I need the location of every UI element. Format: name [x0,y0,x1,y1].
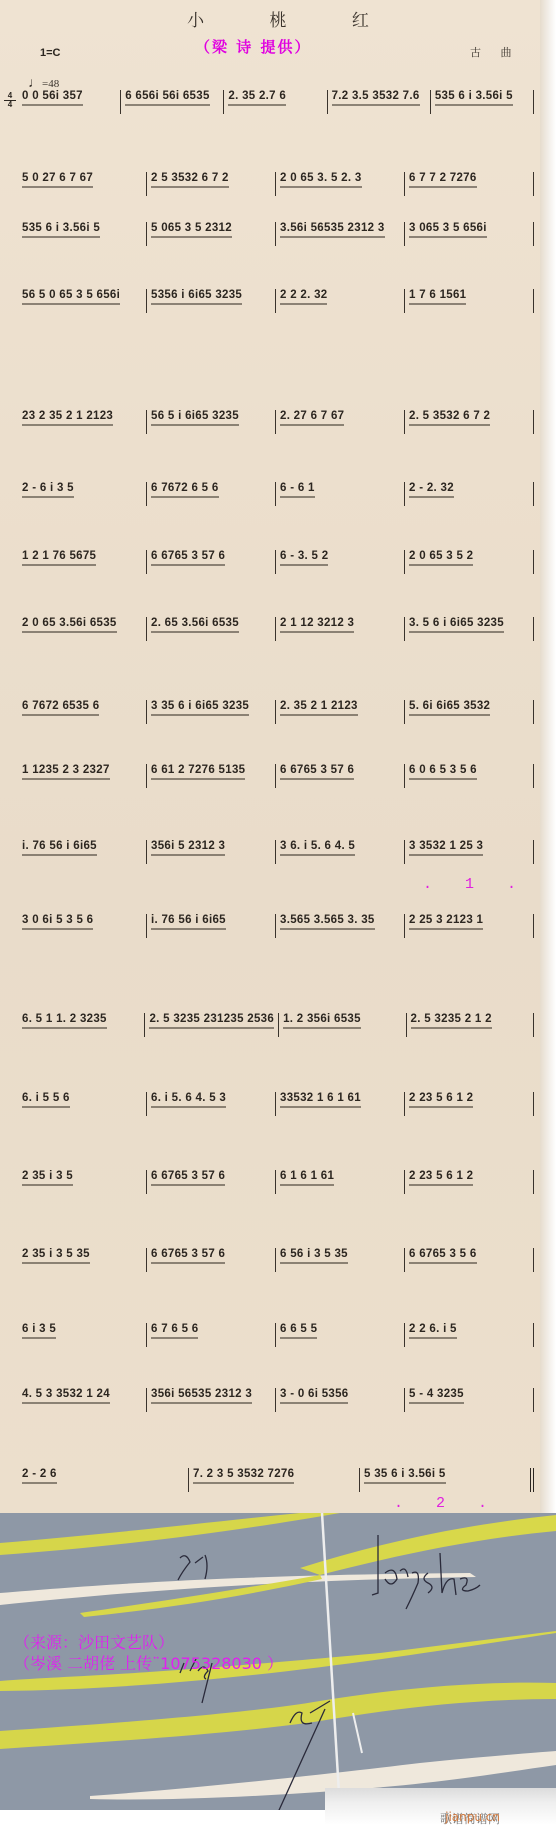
measure-notes: 33532 1 6 1 61 [280,1092,361,1108]
measure-notes: 6 61 2 7276 5135 [151,764,245,780]
measure: 3 065 3 5 656i [405,222,534,246]
measure-notes: 535 6 i 3.56i 5 [22,222,100,238]
measure: 356i 56535 2312 3 [147,1388,276,1412]
measure-notes: 6 7 7 2 7276 [409,172,477,188]
score-row: 2 - 6 i 3 56 7672 6 5 66 - 6 12 - 2. 32 [18,482,534,506]
measure-notes: 2 23 5 6 1 2 [409,1092,473,1108]
measure: 2 35 i 3 5 35 [18,1248,147,1272]
measure-notes: 2 - 2. 32 [409,482,454,498]
measure-notes: 1. 2 356i 6535 [283,1013,361,1029]
measure-notes: 3.56i 56535 2312 3 [280,222,385,238]
measure-notes: 6 6 5 5 [280,1323,317,1339]
measure-notes: 6 56 i 3 5 35 [280,1248,348,1264]
score-row: 6 i 3 56 7 6 5 66 6 5 52 2 6. i 5 [18,1323,534,1347]
measure: 6 6765 3 57 6 [147,1248,276,1272]
measure-notes: 5 065 3 5 2312 [151,222,232,238]
measure: 1 7 6 1561 [405,289,534,313]
measure: 5 35 6 i 3.56i 5 [360,1468,534,1492]
time-signature-bottom: 4 [4,100,16,109]
measure-notes: 1 2 1 76 5675 [22,550,96,566]
measure-notes: 535 6 i 3.56i 5 [435,90,513,106]
score-row: 2 0 65 3.56i 65352. 65 3.56i 65352 1 12 … [18,617,534,641]
measure-notes: 6. i 5. 6 4. 5 3 [151,1092,226,1108]
measure-notes: 4. 5 3 3532 1 24 [22,1388,110,1404]
measure-notes: 2 0 65 3.56i 6535 [22,617,117,633]
measure-notes: 2 35 i 3 5 [22,1170,73,1186]
measure: 2 - 2. 32 [405,482,534,506]
measure: 3.56i 56535 2312 3 [276,222,405,246]
measure-notes: 6 - 6 1 [280,482,315,498]
measure: 6 6765 3 57 6 [147,1170,276,1194]
measure: 0 0 56i 357 [18,90,121,114]
measure: 2 2 2. 32 [276,289,405,313]
measure: 2. 35 2.7 6 [224,90,327,114]
source-line-1: （来源：沙田文艺队） [14,1630,174,1653]
measure: 7.2 3.5 3532 7.6 [328,90,431,114]
site-watermark: 歌谱简谱网 jianpu.cn [325,1788,556,1825]
measure: 6 7 7 2 7276 [405,172,534,196]
measure-notes: 56 5 0 65 3 5 656i [22,289,120,305]
measure-notes: 56 5 i 6i65 3235 [151,410,239,426]
measure: 3. 5 6 i 6i65 3235 [405,617,534,641]
measure: 6 6765 3 57 6 [147,550,276,574]
measure: 6 6765 3 5 6 [405,1248,534,1272]
measure-notes: 23 2 35 2 1 2123 [22,410,113,426]
measure: 2 25 3 2123 1 [405,914,534,938]
score-row: 1 1235 2 3 23276 61 2 7276 51356 6765 3 … [18,764,534,788]
measure: 6 0 6 5 3 5 6 [405,764,534,788]
cover-artwork: （来源：沙田文艺队） （岑溪 二胡佬 上传¨1075328030 ） [0,1513,556,1810]
score-row: 6 7672 6535 63 35 6 i 6i65 32352. 35 2 1… [18,700,534,724]
score-row: 5 0 27 6 7 672 5 3532 6 7 22 0 65 3. 5 2… [18,172,534,196]
measure: 356i 5 2312 3 [147,840,276,864]
measure-notes: 356i 56535 2312 3 [151,1388,252,1404]
measure: 6 56 i 3 5 35 [276,1248,405,1272]
measure-notes: 6 0 6 5 3 5 6 [409,764,477,780]
measure-notes: 3 065 3 5 656i [409,222,487,238]
measure-notes: 6 6765 3 57 6 [151,1170,225,1186]
measure-notes: 2 35 i 3 5 35 [22,1248,90,1264]
measure: 1 1235 2 3 2327 [18,764,147,788]
measure: 6 - 3. 5 2 [276,550,405,574]
measure-notes: 2 - 2 6 [22,1468,57,1484]
measure: 3 0 6i 5 3 5 6 [18,914,147,938]
measure-notes: 5 35 6 i 3.56i 5 [364,1468,446,1484]
measure-notes: 6 6765 3 57 6 [151,550,225,566]
measure-notes: 2. 5 3532 6 7 2 [409,410,490,426]
measure-notes: 3 0 6i 5 3 5 6 [22,914,93,930]
measure: 56 5 i 6i65 3235 [147,410,276,434]
measure: 2. 35 2 1 2123 [276,700,405,724]
measure: 6 i 3 5 [18,1323,147,1347]
measure-notes: i. 76 56 i 6i65 [22,840,97,856]
measure: 2 - 6 i 3 5 [18,482,147,506]
measure-notes: 2. 5 3235 231235 2536 [149,1013,274,1029]
measure-notes: 2. 27 6 7 67 [280,410,344,426]
measure: 535 6 i 3.56i 5 [18,222,147,246]
measure: 1 2 1 76 5675 [18,550,147,574]
measure-notes: 6 7672 6535 6 [22,700,99,716]
measure: 6. i 5. 6 4. 5 3 [147,1092,276,1116]
measure-notes: 2 5 3532 6 7 2 [151,172,229,188]
measure: 6. 5 1 1. 2 3235 [18,1013,145,1037]
measure-notes: 7. 2 3 5 3532 7276 [193,1468,294,1484]
tempo-value: =48 [42,78,59,90]
paper-edge [540,0,556,1513]
measure-notes: 2. 5 3235 2 1 2 [411,1013,492,1029]
measure: 6 - 6 1 [276,482,405,506]
measure: 6 7672 6535 6 [18,700,147,724]
measure: 6. i 5 5 6 [18,1092,147,1116]
key-signature: 1=C [40,47,61,59]
measure-notes: 1 7 6 1561 [409,289,466,305]
measure: 6 1 6 1 61 [276,1170,405,1194]
measure-notes: 2. 35 2 1 2123 [280,700,358,716]
measure: 2 35 i 3 5 [18,1170,147,1194]
measure: 2. 5 3235 2 1 2 [407,1013,534,1037]
measure: 2. 65 3.56i 6535 [147,617,276,641]
measure: 5. 6i 6i65 3532 [405,700,534,724]
measure: 6 6 5 5 [276,1323,405,1347]
measure-notes: 1 1235 2 3 2327 [22,764,110,780]
measure: 3.565 3.565 3. 35 [276,914,405,938]
watermark-en: jianpu.cn [445,1810,500,1824]
score-row: 56 5 0 65 3 5 656i5356 i 6i65 32352 2 2.… [18,289,534,313]
measure: 5 0 27 6 7 67 [18,172,147,196]
score-title: 小 桃 红 [0,6,556,31]
score-provider: （梁 诗 提供） [195,36,311,57]
measure: 3 35 6 i 6i65 3235 [147,700,276,724]
measure: 33532 1 6 1 61 [276,1092,405,1116]
measure: 535 6 i 3.56i 5 [431,90,534,114]
measure-notes: 7.2 3.5 3532 7.6 [332,90,420,106]
measure-notes: 6 i 3 5 [22,1323,56,1339]
measure: 2. 5 3235 231235 2536 [145,1013,279,1037]
measure: 2 1 12 3212 3 [276,617,405,641]
source-line-2: （岑溪 二胡佬 上传¨1075328030 ） [14,1651,283,1674]
score-row: 6. i 5 5 66. i 5. 6 4. 5 333532 1 6 1 61… [18,1092,534,1116]
measure-notes: 6 7 6 5 6 [151,1323,198,1339]
score-row: 2 35 i 3 5 356 6765 3 57 66 56 i 3 5 356… [18,1248,534,1272]
measure-notes: 5 0 27 6 7 67 [22,172,93,188]
score-row: 1 2 1 76 56756 6765 3 57 66 - 3. 5 22 0 … [18,550,534,574]
score-genre: 古 曲 [470,44,520,60]
measure: 5356 i 6i65 3235 [147,289,276,313]
measure-notes: 2. 65 3.56i 6535 [151,617,239,633]
measure-notes: 2 2 2. 32 [280,289,327,305]
measure-notes: 6 - 3. 5 2 [280,550,328,566]
measure: 56 5 0 65 3 5 656i [18,289,147,313]
measure: 6 6765 3 57 6 [276,764,405,788]
measure: 2. 5 3532 6 7 2 [405,410,534,434]
measure: 3 - 0 6i 5356 [276,1388,405,1412]
score-row: 23 2 35 2 1 212356 5 i 6i65 32352. 27 6 … [18,410,534,434]
measure: 2 2 6. i 5 [405,1323,534,1347]
ending-1-marker: . 1 . [423,876,528,893]
measure-notes: 6 6765 3 57 6 [151,1248,225,1264]
measure-notes: 2 2 6. i 5 [409,1323,457,1339]
measure: 7. 2 3 5 3532 7276 [189,1468,360,1492]
score-row: 0 0 56i 3576 656i 56i 65352. 35 2.7 67.2… [18,90,534,114]
measure: 4. 5 3 3532 1 24 [18,1388,147,1412]
measure-notes: i. 76 56 i 6i65 [151,914,226,930]
measure-notes: 3. 5 6 i 6i65 3235 [409,617,504,633]
measure-notes: 3 3532 1 25 3 [409,840,483,856]
measure: 2 0 65 3. 5 2. 3 [276,172,405,196]
time-signature: 4 4 [4,92,16,109]
measure-notes: 2 23 5 6 1 2 [409,1170,473,1186]
measure-notes: 3 - 0 6i 5356 [280,1388,348,1404]
measure-notes: 356i 5 2312 3 [151,840,225,856]
score-row: 2 - 2 67. 2 3 5 3532 72765 35 6 i 3.56i … [18,1468,534,1492]
measure: 6 656i 56i 6535 [121,90,224,114]
measure-notes: 6 6765 3 5 6 [409,1248,477,1264]
measure-notes: 5 - 4 3235 [409,1388,464,1404]
measure: i. 76 56 i 6i65 [18,840,147,864]
measure-notes: 3 6. i 5. 6 4. 5 [280,840,355,856]
measure: 3 6. i 5. 6 4. 5 [276,840,405,864]
quarter-note-icon: ♩ [28,76,42,91]
measure: 2 - 2 6 [18,1468,189,1492]
measure: 23 2 35 2 1 2123 [18,410,147,434]
measure-notes: 3.565 3.565 3. 35 [280,914,375,930]
measure-notes: 6. 5 1 1. 2 3235 [22,1013,107,1029]
measure-notes: 0 0 56i 357 [22,90,83,106]
measure-notes: 6 1 6 1 61 [280,1170,334,1186]
measure-notes: 6 656i 56i 6535 [125,90,209,106]
measure: 5 - 4 3235 [405,1388,534,1412]
measure-notes: 5. 6i 6i65 3532 [409,700,490,716]
measure-notes: 2 0 65 3. 5 2. 3 [280,172,362,188]
measure-notes: 2 0 65 3 5 2 [409,550,473,566]
measure-notes: 6 7672 6 5 6 [151,482,219,498]
measure: i. 76 56 i 6i65 [147,914,276,938]
measure-notes: 2. 35 2.7 6 [228,90,286,106]
measure: 5 065 3 5 2312 [147,222,276,246]
measure-notes: 6 6765 3 57 6 [280,764,354,780]
measure-notes: 6. i 5 5 6 [22,1092,70,1108]
measure-notes: 2 - 6 i 3 5 [22,482,74,498]
score-row: 4. 5 3 3532 1 24356i 56535 2312 33 - 0 6… [18,1388,534,1412]
measure: 2. 27 6 7 67 [276,410,405,434]
score-row: i. 76 56 i 6i65356i 5 2312 33 6. i 5. 6 … [18,840,534,864]
measure: 3 3532 1 25 3 [405,840,534,864]
measure: 2 5 3532 6 7 2 [147,172,276,196]
measure: 2 0 65 3.56i 6535 [18,617,147,641]
measure-notes: 5356 i 6i65 3235 [151,289,242,305]
measure: 1. 2 356i 6535 [279,1013,406,1037]
measure-notes: 3 35 6 i 6i65 3235 [151,700,249,716]
score-row: 3 0 6i 5 3 5 6i. 76 56 i 6i653.565 3.565… [18,914,534,938]
score-row: 6. 5 1 1. 2 32352. 5 3235 231235 25361. … [18,1013,534,1037]
measure: 2 23 5 6 1 2 [405,1092,534,1116]
score-row: 535 6 i 3.56i 55 065 3 5 23123.56i 56535… [18,222,534,246]
measure: 2 0 65 3 5 2 [405,550,534,574]
measure-notes: 2 1 12 3212 3 [280,617,354,633]
score-row: 2 35 i 3 56 6765 3 57 66 1 6 1 612 23 5 … [18,1170,534,1194]
ending-2-marker: . 2 . [394,1495,499,1512]
measure-notes: 2 25 3 2123 1 [409,914,483,930]
measure: 6 7672 6 5 6 [147,482,276,506]
measure: 2 23 5 6 1 2 [405,1170,534,1194]
time-signature-top: 4 [4,92,16,100]
measure: 6 61 2 7276 5135 [147,764,276,788]
measure: 6 7 6 5 6 [147,1323,276,1347]
